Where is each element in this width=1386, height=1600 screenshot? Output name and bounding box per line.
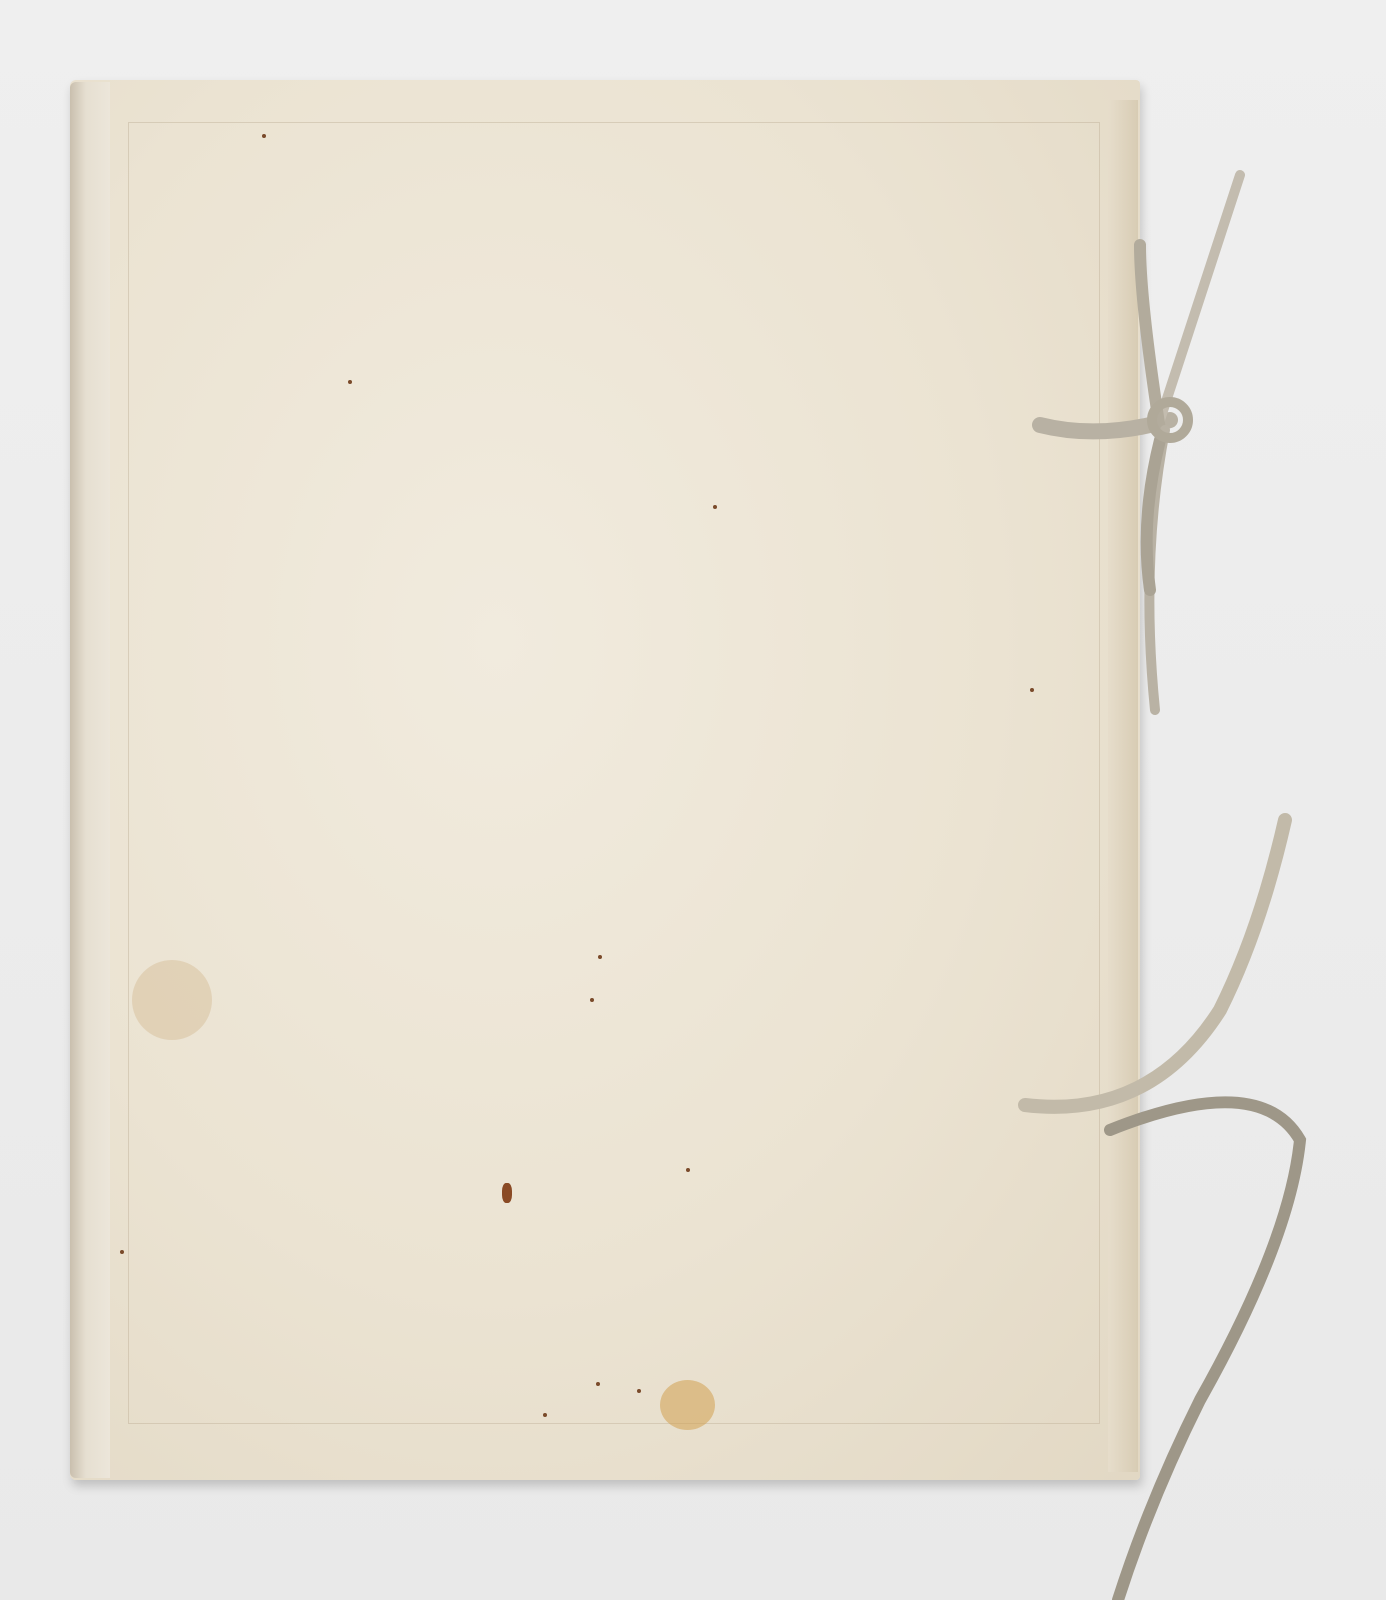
leather-ties — [0, 0, 1386, 1600]
